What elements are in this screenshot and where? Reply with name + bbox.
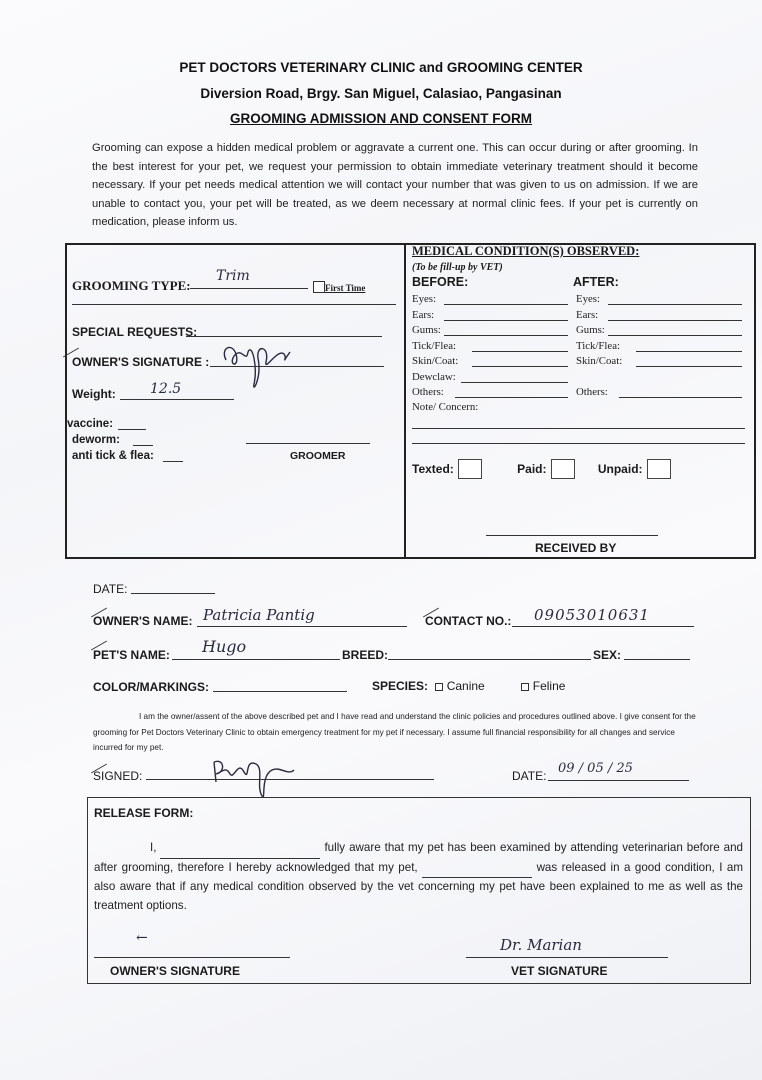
owner-name-value: Patricia Pantig [203,606,315,624]
before-field-input[interactable] [472,366,568,367]
before-field-input[interactable] [472,351,568,352]
unpaid-checkbox[interactable] [647,459,671,479]
tick-flea-field[interactable] [163,461,183,462]
consent-date-value: 09 / 05 / 25 [558,761,633,776]
special-requests-field[interactable] [186,336,382,337]
note-concern-label: Note/ Concern: [412,401,478,413]
vet-subtitle: (To be fill-up by VET) [412,262,503,273]
after-field-input[interactable] [619,397,742,398]
release-text-i: I, [150,841,156,854]
pet-name-value: Hugo [202,637,246,656]
feline-label: Feline [533,679,566,693]
color-markings-label: COLOR/MARKINGS: [93,680,209,694]
first-time-label: First Time [325,283,365,293]
vaccine-label: vaccine: [67,418,113,430]
after-field-label: Skin/Coat: [576,355,622,367]
consent-date-field[interactable]: 09 / 05 / 25 [548,766,689,781]
received-by-line[interactable] [486,535,658,536]
consent-text: I am the owner/assent of the above descr… [93,709,699,756]
before-field-input[interactable] [444,335,568,336]
after-field-input[interactable] [608,320,742,321]
weight-label: Weight: [72,387,116,401]
before-field-label: Gums: [412,324,441,336]
contact-value: 09053010631 [534,606,650,624]
intro-paragraph: Grooming can expose a hidden medical pro… [92,139,698,232]
signed-label: SIGNED: [93,769,142,783]
vet-signature-label: VET SIGNATURE [511,964,607,978]
before-field-label: Eyes: [412,293,436,305]
paid-label: Paid: [517,462,546,476]
clinic-name: PET DOCTORS VETERINARY CLINIC and GROOMI… [0,60,762,75]
special-requests-label: SPECIAL REQUESTS: [72,325,197,339]
first-time-option[interactable]: First Time [313,278,365,296]
canine-label: Canine [447,679,485,693]
before-field-label: Others: [412,386,444,398]
owner-name-label: OWNER'S NAME: [93,614,193,628]
weight-field[interactable]: 12.5 [120,385,234,400]
release-owner-name-field[interactable] [160,839,320,859]
clinic-address: Diversion Road, Brgy. San Miguel, Calasi… [0,86,762,101]
after-field-label: Eyes: [576,293,600,305]
after-field-input[interactable] [636,366,742,367]
box-divider [404,243,406,557]
paid-checkbox[interactable] [551,459,575,479]
after-field-label: Gums: [576,324,605,336]
release-owner-signature-value: ← [136,930,148,946]
before-field-label: Skin/Coat: [412,355,458,367]
owner-signature-label: OWNER'S SIGNATURE : [72,355,209,369]
before-field-label: Dewclaw: [412,371,456,383]
tick-flea-label: anti tick & flea: [72,450,154,462]
before-field-input[interactable] [444,304,568,305]
groomer-signature-line[interactable] [246,443,370,444]
note-line-2[interactable] [412,443,745,444]
texted-label: Texted: [412,462,454,476]
species-row: SPECIES: Canine Feline [372,679,565,693]
owner-name-field[interactable]: Patricia Pantig [197,612,407,627]
breed-label: BREED: [342,648,388,662]
weight-value: 12.5 [150,381,181,397]
groomer-label: GROOMER [290,450,345,462]
species-label: SPECIES: [372,679,428,693]
before-field-input[interactable] [461,382,568,383]
grooming-type-field[interactable]: Trim [190,274,308,289]
pet-name-field[interactable]: Hugo [172,645,340,660]
deworm-label: deworm: [72,434,120,446]
after-heading: AFTER: [573,275,619,289]
before-field-label: Ears: [412,309,434,321]
after-field-label: Ears: [576,309,598,321]
before-field-input[interactable] [455,397,568,398]
form-title: GROOMING ADMISSION AND CONSENT FORM [0,111,762,126]
grooming-type-extra-line [72,304,396,305]
contact-field[interactable]: 09053010631 [512,612,694,627]
release-pet-name-field[interactable] [422,859,532,879]
grooming-type-label: GROOMING TYPE: [72,278,191,293]
after-field-label: Others: [576,386,608,398]
breed-field[interactable] [388,659,591,660]
pet-name-label: PET'S NAME: [93,648,170,662]
received-by-label: RECEIVED BY [535,541,616,555]
deworm-field[interactable] [133,445,153,446]
before-heading: BEFORE: [412,275,468,289]
first-time-checkbox[interactable] [313,281,325,293]
vet-signature-line[interactable] [466,957,668,958]
sex-label: SEX: [593,648,621,662]
feline-checkbox[interactable] [521,683,529,691]
release-text: I, fully aware that my pet has been exam… [94,839,743,915]
vet-signature-value: Dr. Marian [500,936,582,954]
after-field-label: Tick/Flea: [576,340,620,352]
grooming-type-value: Trim [216,268,250,284]
consent-date-label: DATE: [512,769,546,783]
canine-checkbox[interactable] [435,683,443,691]
date-field[interactable] [131,593,215,594]
after-field-input[interactable] [608,304,742,305]
date-label: DATE: [93,582,127,596]
texted-checkbox[interactable] [458,459,482,479]
medical-conditions-title: MEDICAL CONDITION(S) OBSERVED: [412,244,639,259]
unpaid-label: Unpaid: [598,462,643,476]
contact-label: CONTACT NO.: [425,614,511,628]
before-field-input[interactable] [444,320,568,321]
status-checkboxes: Texted: Paid: Unpaid: [412,459,671,479]
sex-field[interactable] [624,659,690,660]
grooming-type-row: GROOMING TYPE: [72,277,191,295]
after-field-input[interactable] [636,351,742,352]
note-line-1[interactable] [412,428,745,429]
after-field-input[interactable] [608,335,742,336]
release-owner-signature-line[interactable] [94,957,290,958]
vaccine-field[interactable] [118,429,146,430]
release-owner-signature-label: OWNER'S SIGNATURE [110,964,240,978]
release-form-title: RELEASE FORM: [94,806,193,820]
color-markings-field[interactable] [213,691,347,692]
before-field-label: Tick/Flea: [412,340,456,352]
